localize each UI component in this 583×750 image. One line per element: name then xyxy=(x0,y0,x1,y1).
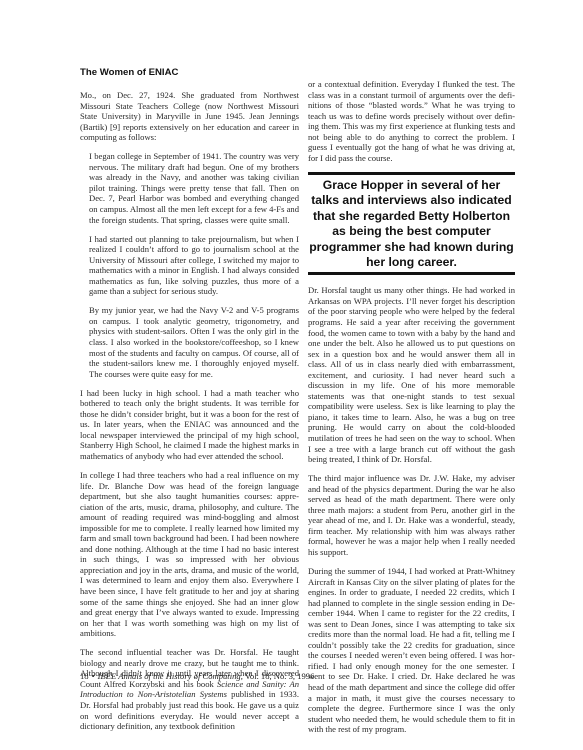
block-quote-paragraph: By my junior year, we had the Navy V-2 a… xyxy=(89,305,299,379)
page-footer: 18•IEEE Annals of the History of Computi… xyxy=(80,671,520,681)
bullet-separator: • xyxy=(92,671,95,681)
left-column: Mo., on Dec. 27, 1924. She graduated fro… xyxy=(80,90,299,740)
intro-paragraph: Mo., on Dec. 27, 1924. She graduated fro… xyxy=(80,90,299,143)
body-paragraph: During the summer of 1944, I had worked … xyxy=(308,566,515,735)
body-paragraph: I had been lucky in high school. I had a… xyxy=(80,388,299,462)
journal-page: The Women of ENIAC Mo., on Dec. 27, 1924… xyxy=(0,0,583,750)
body-paragraph: In college I had three teachers who had … xyxy=(80,470,299,639)
body-paragraph: Dr. Horsfal taught us many other things.… xyxy=(308,285,515,464)
pull-quote: Grace Hopper in several of her talks and… xyxy=(308,172,515,275)
page-number: 18 xyxy=(80,671,89,681)
horsfal-paragraph: The second influential teacher was Dr. H… xyxy=(80,647,299,731)
journal-title: IEEE Annals of the History of Computing xyxy=(98,671,241,681)
block-quote-paragraph: I had started out planning to take prejo… xyxy=(89,234,299,297)
right-column: or a contextual definition. Everyday I f… xyxy=(308,79,515,743)
continuation-paragraph: or a contextual definition. Everyday I f… xyxy=(308,79,515,163)
body-paragraph: The third major influence was Dr. J.W. H… xyxy=(308,473,515,557)
block-quote-paragraph: I began college in September of 1941. Th… xyxy=(89,151,299,225)
running-head: The Women of ENIAC xyxy=(80,67,178,78)
citation-details: , Vol. 18, No. 3, 1996 xyxy=(241,671,315,681)
